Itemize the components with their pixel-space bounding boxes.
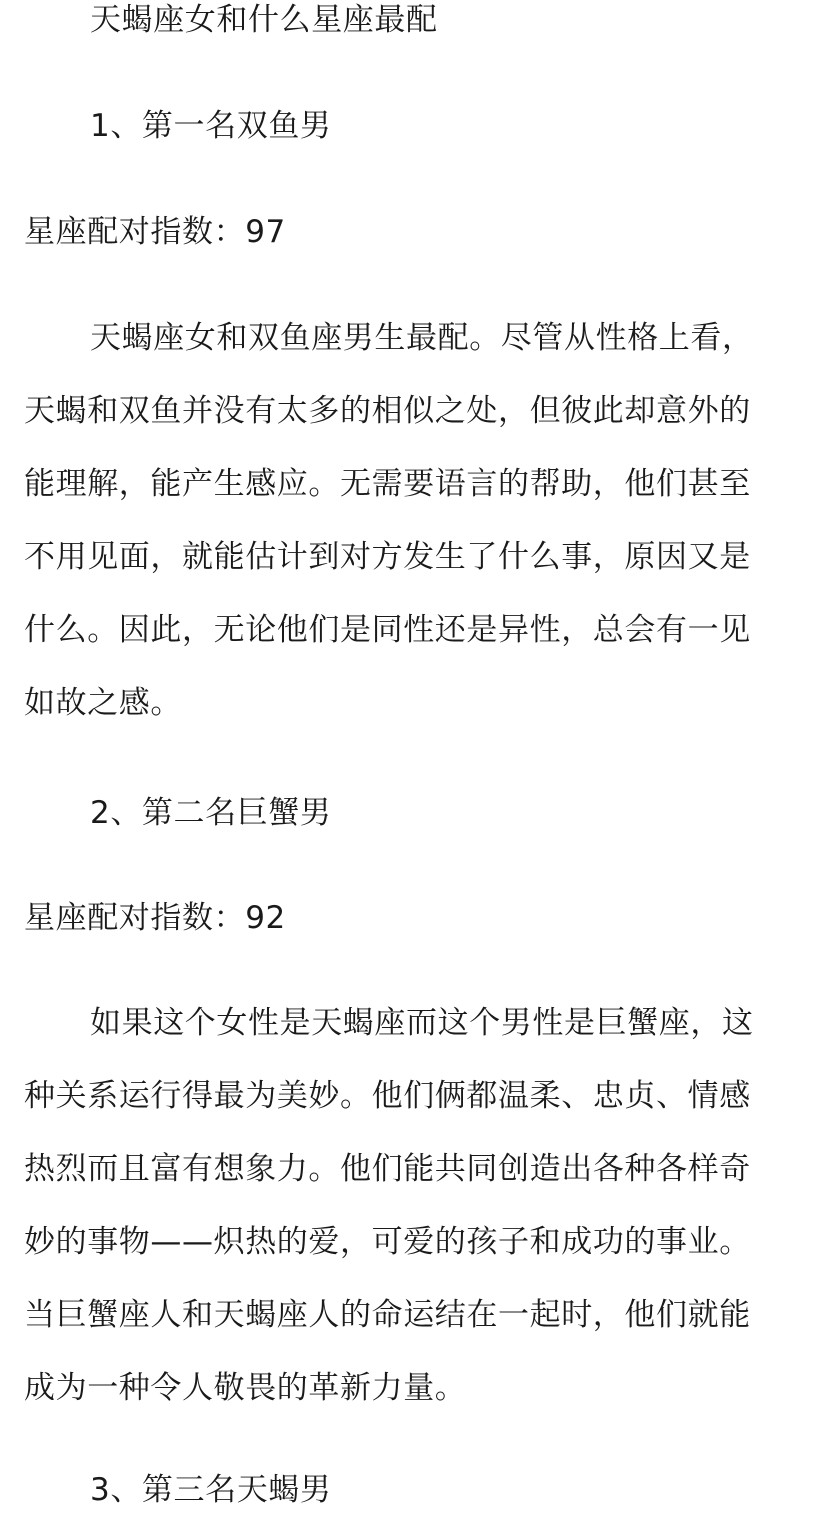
paragraph-line: 什么。因此，无论他们是同性还是异性，总会有一见 <box>24 610 814 650</box>
paragraph-line: 如果这个女性是天蝎座而这个男性是巨蟹座，这 <box>90 1003 828 1043</box>
paragraph-line: 如故之感。 <box>24 683 814 723</box>
match-score: 星座配对指数：92 <box>24 898 814 938</box>
paragraph-line: 当巨蟹座人和天蝎座人的命运结在一起时，他们就能 <box>24 1295 814 1335</box>
paragraph-line: 妙的事物——炽热的爱，可爱的孩子和成功的事业。 <box>24 1222 814 1262</box>
match-score: 星座配对指数：97 <box>24 212 814 252</box>
paragraph-line: 天蝎和双鱼并没有太多的相似之处，但彼此却意外的 <box>24 391 814 431</box>
paragraph-line: 种关系运行得最为美妙。他们俩都温柔、忠贞、情感 <box>24 1076 814 1116</box>
paragraph-line: 成为一种令人敬畏的革新力量。 <box>24 1368 814 1408</box>
paragraph-line: 不用见面，就能估计到对方发生了什么事，原因又是 <box>24 537 814 577</box>
section-heading: 2、第二名巨蟹男 <box>90 793 828 833</box>
paragraph-line: 天蝎座女和双鱼座男生最配。尽管从性格上看， <box>90 318 828 358</box>
paragraph-line: 热烈而且富有想象力。他们能共同创造出各种各样奇 <box>24 1149 814 1189</box>
paragraph-line: 能理解，能产生感应。无需要语言的帮助，他们甚至 <box>24 464 814 504</box>
section-heading: 3、第三名天蝎男 <box>90 1470 828 1510</box>
section-heading: 1、第一名双鱼男 <box>90 106 828 146</box>
article-title: 天蝎座女和什么星座最配 <box>90 0 828 40</box>
